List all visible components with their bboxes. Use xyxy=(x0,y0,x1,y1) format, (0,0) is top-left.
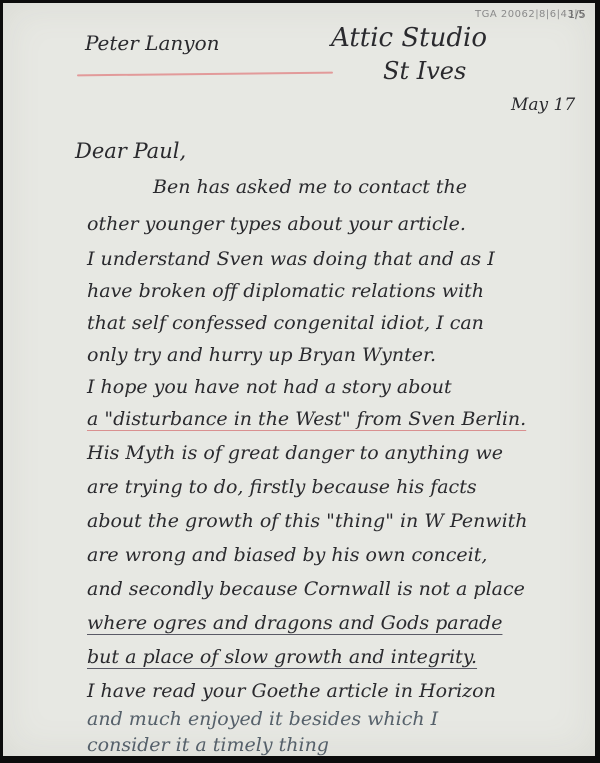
letter-line: are trying to do, firstly because his fa… xyxy=(87,476,477,498)
address-line-2: St Ives xyxy=(383,57,466,85)
letter-line: I understand Sven was doing that and as … xyxy=(87,248,495,270)
letter-line: about the growth of this "thing" in W Pe… xyxy=(87,510,528,532)
letter-line-underlined: where ogres and dragons and Gods parade xyxy=(87,612,502,634)
letter-line: and much enjoyed it besides which I xyxy=(87,708,438,730)
page-number: 1/5 xyxy=(568,8,586,21)
salutation: Dear Paul, xyxy=(75,139,186,163)
letter-line: I have read your Goethe article in Horiz… xyxy=(87,680,496,702)
letter-line: I hope you have not had a story about xyxy=(87,376,452,398)
letter-line: other younger types about your article. xyxy=(87,213,466,235)
address-line-1: Attic Studio xyxy=(331,23,487,53)
letter-line: have broken off diplomatic relations wit… xyxy=(87,280,484,302)
letter-line: Ben has asked me to contact the xyxy=(153,176,467,198)
annotation-name: Peter Lanyon xyxy=(85,31,220,55)
letter-line: and secondly because Cornwall is not a p… xyxy=(87,578,525,600)
letter-date: May 17 xyxy=(511,95,575,115)
letter-line: His Myth is of great danger to anything … xyxy=(87,442,503,464)
letter-line: are wrong and biased by his own conceit, xyxy=(87,544,487,566)
red-pencil-underline xyxy=(77,72,333,77)
letter-line-underlined: a "disturbance in the West" from Sven Be… xyxy=(87,408,526,430)
letter-line: only try and hurry up Bryan Wynter. xyxy=(87,344,436,366)
letter-page: TGA 20062|8|6|43|5 1/5 Peter Lanyon Atti… xyxy=(3,3,595,756)
letter-line: that self confessed congenital idiot, I … xyxy=(87,312,484,334)
letter-line: consider it a timely thing xyxy=(87,734,329,756)
letter-line-underlined: but a place of slow growth and integrity… xyxy=(87,646,477,668)
